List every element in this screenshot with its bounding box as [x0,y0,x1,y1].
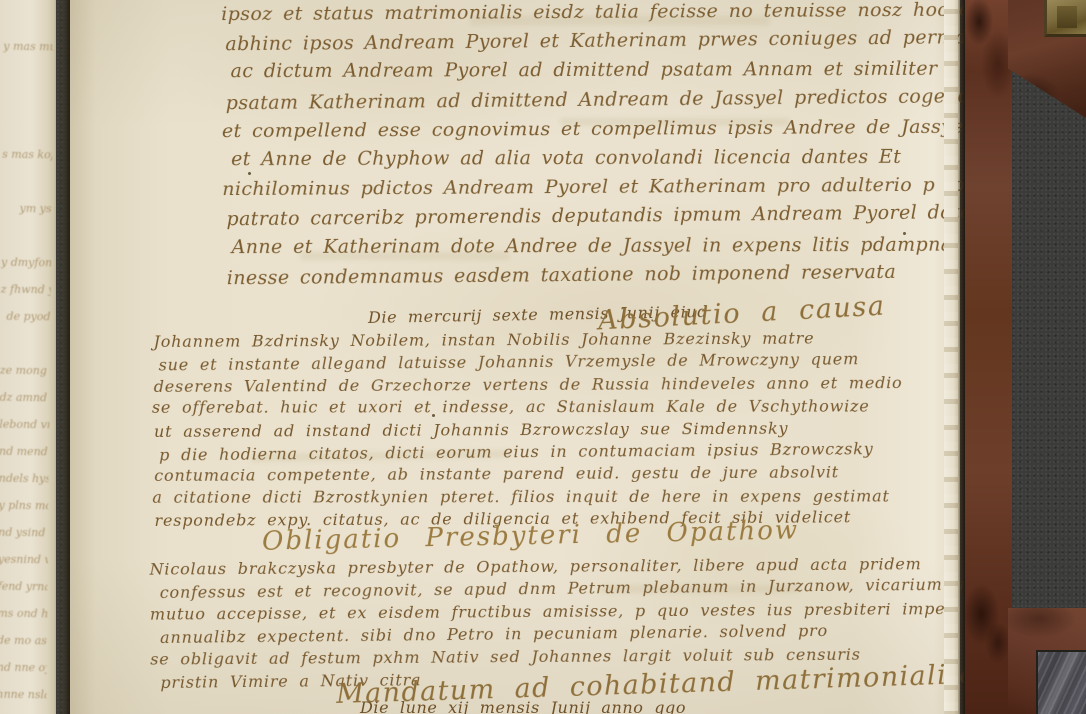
text-line: dz amnd luis [0,384,50,412]
text-line: nd nne oyynl [0,654,47,682]
text-line [3,6,53,34]
text-line [0,330,50,358]
text-line: lebond vmfold [0,411,49,439]
ink-speck [903,232,906,235]
page-deckle-edge [944,0,958,714]
facing-page-edge: y mas muf s mas kof ym ys y dmyfondz fhw… [0,0,56,714]
text-line: ac dictum Andream Pyorel ad dimittend ps… [231,55,911,87]
text-line: ze mong fandz [0,357,50,385]
leather-cover-spine [965,0,1012,714]
record-paragraph-1: ipsoz et status matrimonialis eisdz tali… [221,0,903,292]
text-line: inesse condemnamus easdem taxatione nob … [227,258,907,294]
text-line: nd mend ysr [0,438,49,466]
text-line: et Anne de Chyphow ad alia vota convolan… [231,143,911,175]
text-line: hnne nsla ysf [0,681,47,709]
metal-fitting-bottom [1036,650,1086,714]
text-line: ms ond hysonz [0,600,47,628]
text-line [1,222,51,250]
text-line [2,168,52,196]
text-line: se offerebat. huic et uxori et indesse, … [152,396,912,420]
text-line: z fhwnd ys [1,276,51,304]
facing-page-text-fragments: y mas muf s mas kof ym ys y dmyfondz fhw… [0,6,54,712]
text-line: de pyod [0,303,50,331]
text-line: y dmyfond [1,249,51,277]
text-line: et compellend esse cognovimus et compell… [222,113,902,146]
text-line: nd ysind bads [0,519,48,547]
page-edge-shadow [958,0,965,714]
text-line: patrato carceribz promerendis deputandis… [226,199,906,235]
ink-speck [432,414,435,417]
brass-clasp [1044,0,1086,37]
text-line: y plns mogd [0,492,49,520]
text-line [3,60,53,88]
manuscript-scan: y mas muf s mas kof ym ys y dmyfondz fhw… [0,0,1086,714]
text-line [2,114,52,142]
text-line: deserens Valentind de Grzechorze vertens… [154,372,914,398]
brass-clasp-detail [1057,6,1077,28]
text-line: ndels hysfnig [0,465,49,493]
text-line: yesnind vlne [0,546,48,574]
ink-speck [248,172,251,175]
text-line: ym ys [1,195,51,223]
text-line: psatam Katherinam ad dimittend Andream d… [226,82,906,118]
text-line [3,87,53,115]
text-line: Anne et Katherinam dote Andree de Jassye… [232,230,912,262]
text-line: a citatione dicti Bzrostkynien pteret. f… [152,485,912,509]
record-paragraph-2: Johannem Bzdrinsky Nobilem, instan Nobil… [153,327,914,533]
text-line: fend yrna ms [0,573,48,601]
text-line: s mas kof [2,141,52,169]
text-line: de mo asgnole [0,627,47,655]
record-bottom-partial-line: Die lune xij mensis Junij anno qgo [360,698,686,714]
text-line: y mas muf [3,33,53,61]
